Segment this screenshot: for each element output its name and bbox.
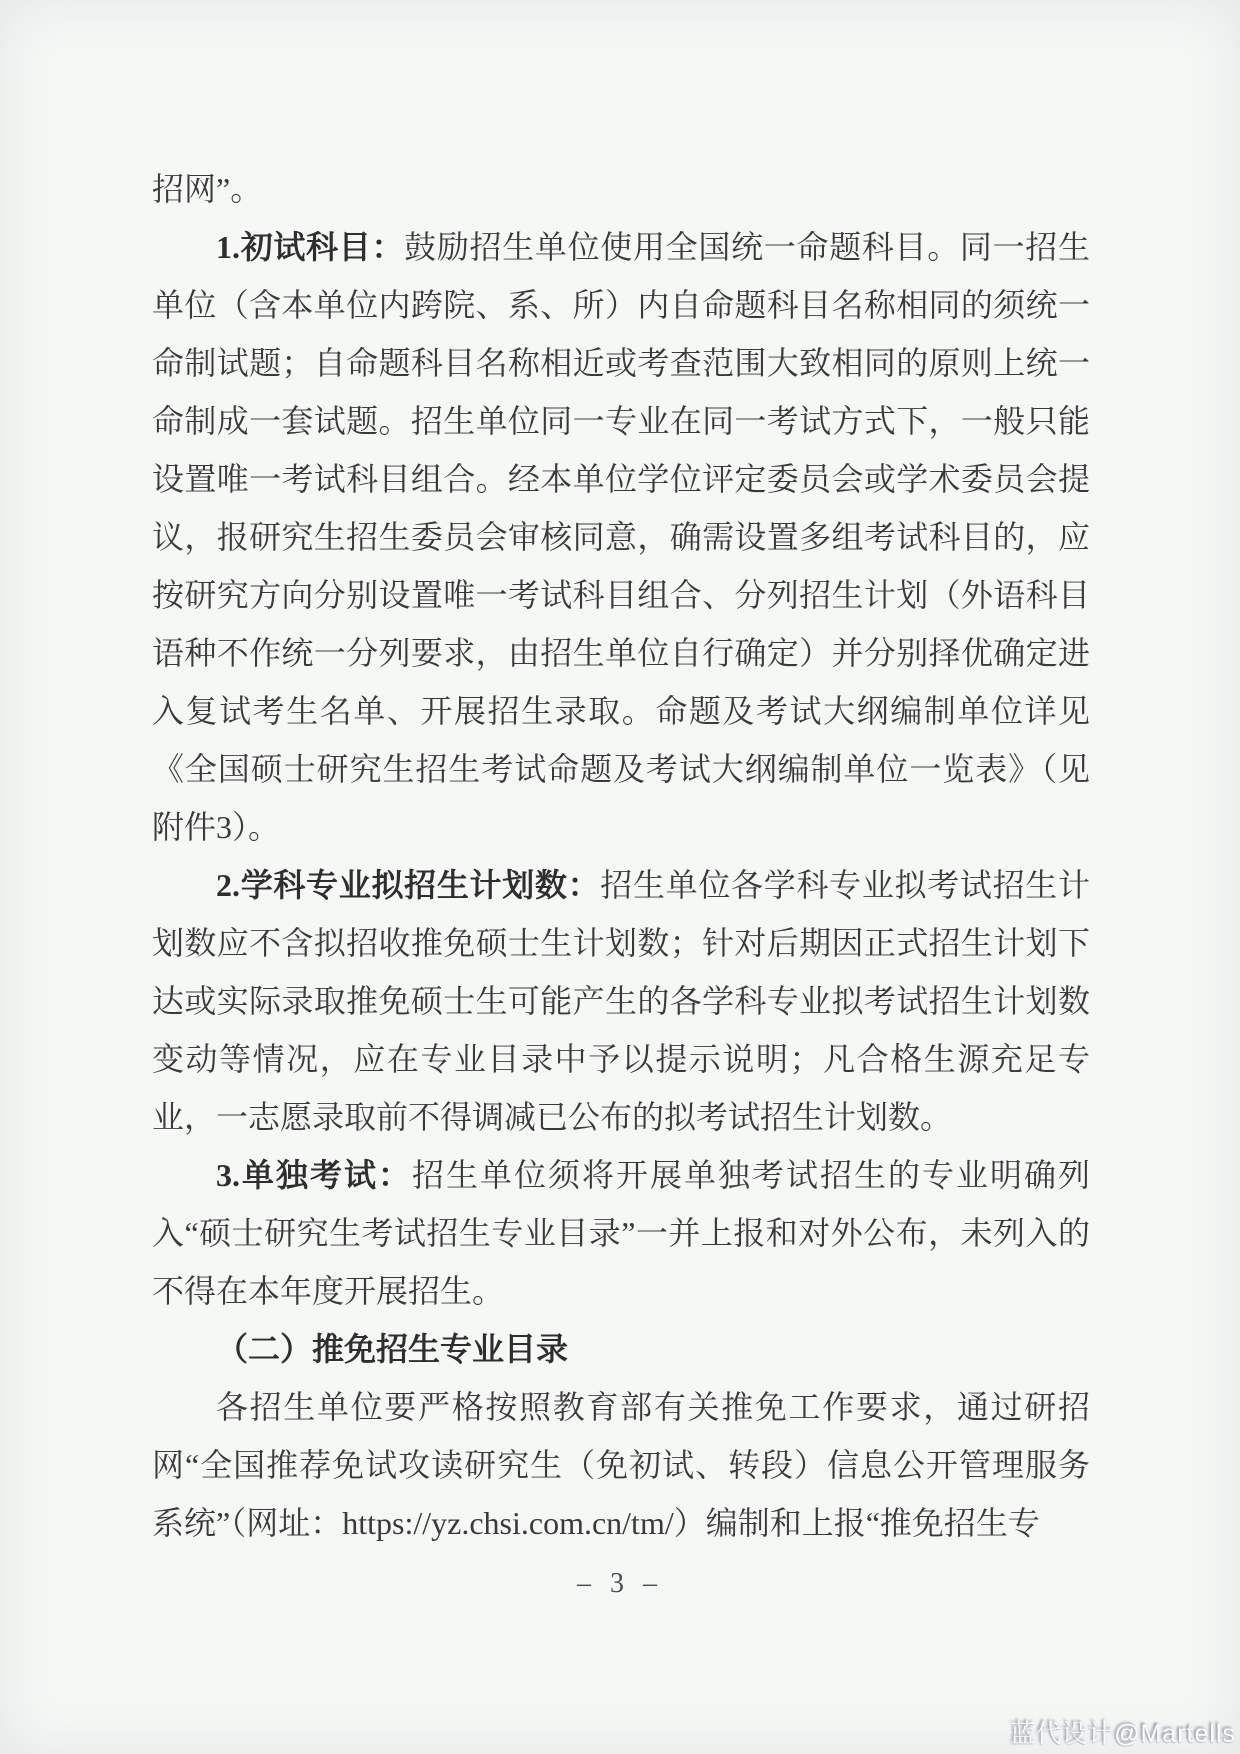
para-continuation: 招网”。 bbox=[152, 160, 1090, 218]
page-number: – 3 – bbox=[0, 1568, 1240, 1600]
text-run: 鼓励招生单位使用全国统一命题科目。同一招生单位（含本单位内跨院、系、所）内自命题… bbox=[152, 229, 1090, 845]
text-run: 各招生单位要严格按照教育部有关推免工作要求，通过研招网“全国推荐免试攻读研究生（… bbox=[152, 1389, 1090, 1541]
paragraph-label: 1.初试科目： bbox=[216, 229, 404, 265]
heading-2-tuimian-zhaosheng-zhuanye-mulu: （二）推免招生专业目录 bbox=[152, 1320, 1090, 1378]
text-run: 招生单位各学科专业拟考试招生计划数应不含拟招收推免硕士生计划数；针对后期因正式招… bbox=[152, 867, 1090, 1135]
paragraph-label: （二）推免招生专业目录 bbox=[216, 1331, 568, 1367]
paragraph-label: 2.学科专业拟招生计划数： bbox=[216, 867, 600, 903]
text-run: 招网”。 bbox=[152, 171, 262, 207]
para-1-chushi-kemu: 1.初试科目：鼓励招生单位使用全国统一命题科目。同一招生单位（含本单位内跨院、系… bbox=[152, 218, 1090, 856]
para-2-xueke-zhuanye-jihua: 2.学科专业拟招生计划数：招生单位各学科专业拟考试招生计划数应不含拟招收推免硕士… bbox=[152, 856, 1090, 1146]
scanned-document-page: 招网”。1.初试科目：鼓励招生单位使用全国统一命题科目。同一招生单位（含本单位内… bbox=[0, 0, 1240, 1754]
para-3-dandu-kaoshi: 3.单独考试：招生单位须将开展单独考试招生的专业明确列入“硕士研究生考试招生专业… bbox=[152, 1146, 1090, 1320]
document-body: 招网”。1.初试科目：鼓励招生单位使用全国统一命题科目。同一招生单位（含本单位内… bbox=[152, 160, 1090, 1552]
watermark: 蓝代设计@Martells bbox=[1010, 1714, 1236, 1750]
para-tuimian-body: 各招生单位要严格按照教育部有关推免工作要求，通过研招网“全国推荐免试攻读研究生（… bbox=[152, 1378, 1090, 1552]
paragraph-label: 3.单独考试： bbox=[216, 1157, 412, 1193]
